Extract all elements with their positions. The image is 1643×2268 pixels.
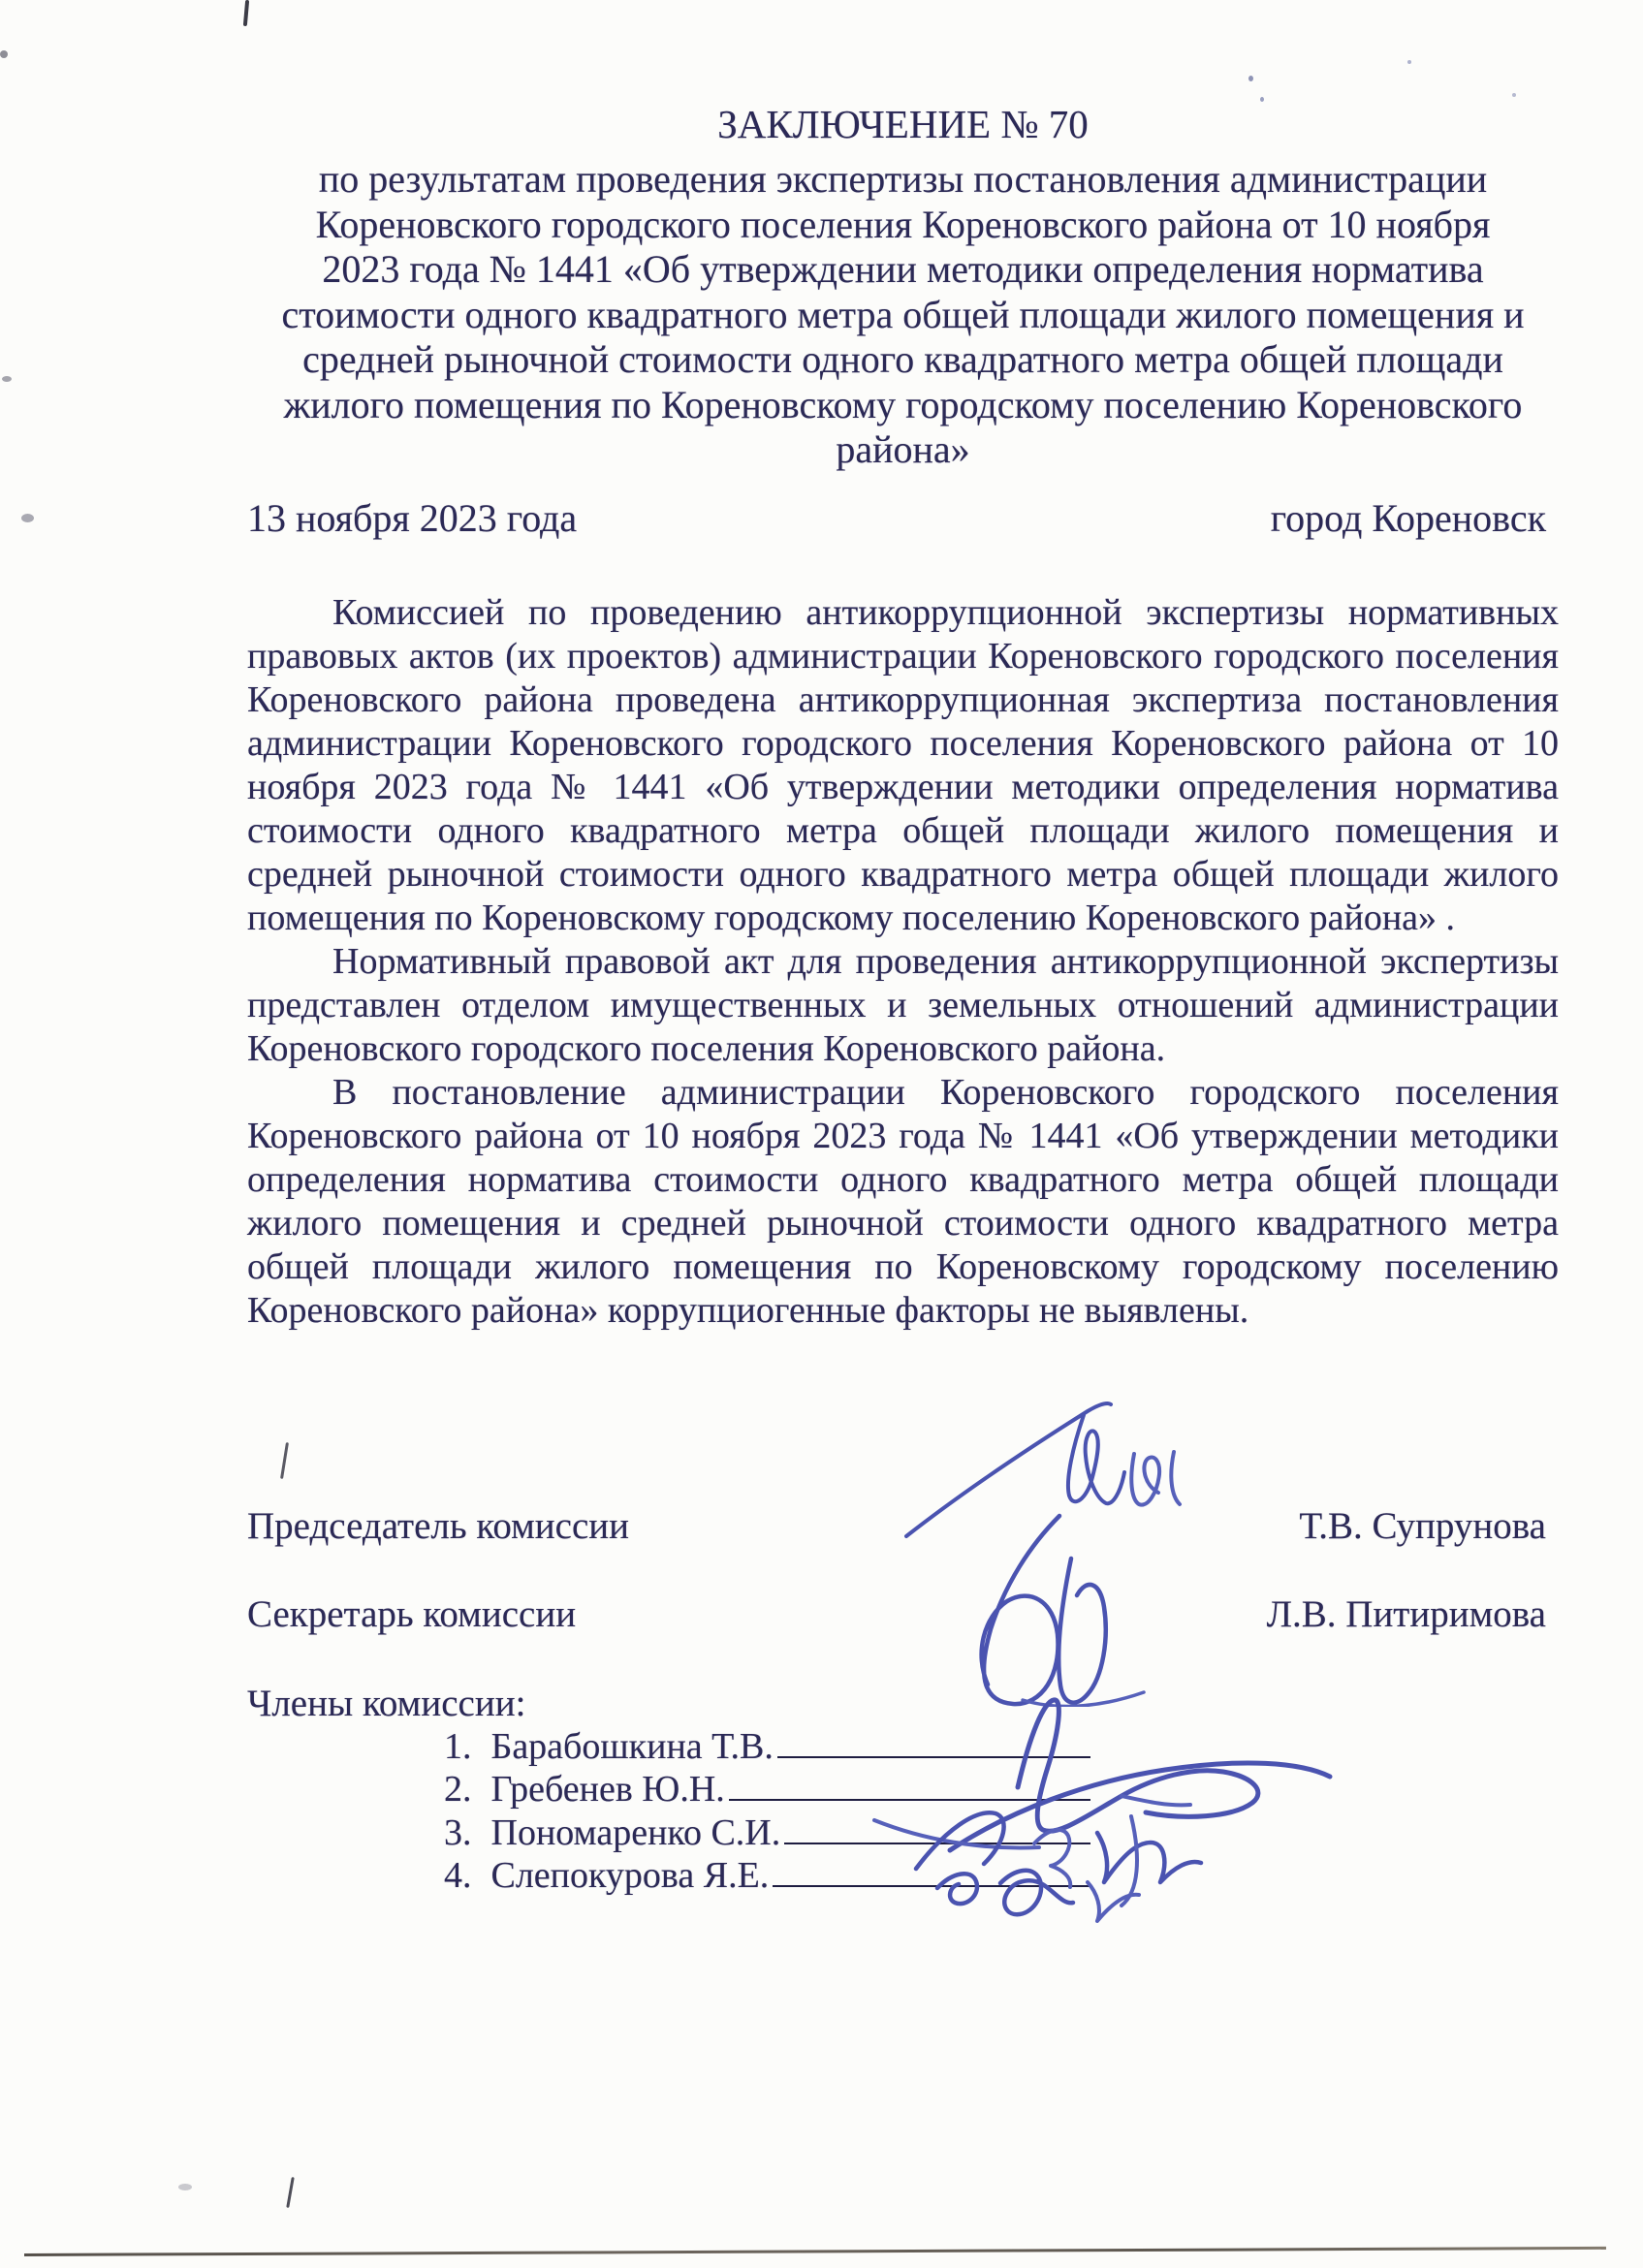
- ink-speck: [1407, 60, 1411, 64]
- body-paragraph: Нормативный правовой акт для проведения …: [247, 940, 1559, 1071]
- date-line: 13 ноября 2023 года город Кореновск: [247, 496, 1546, 541]
- chair-role-label: Председатель комиссии: [247, 1504, 629, 1549]
- member-name: Слепокурова Я.Е.: [491, 1853, 770, 1898]
- signature-blank-line: [729, 1764, 1090, 1801]
- member-number: 2.: [444, 1767, 472, 1811]
- member-number: 3.: [444, 1811, 472, 1855]
- scanned-page-edge: [24, 2247, 1606, 2256]
- document-date: 13 ноября 2023 года: [247, 496, 577, 541]
- member-name: Барабошкина Т.В.: [491, 1724, 774, 1769]
- body-paragraph: В постановление администрации Кореновско…: [247, 1071, 1559, 1333]
- title-subtitle-line: стоимости одного квадратного метра общей…: [247, 293, 1559, 338]
- document-page: ЗАКЛЮЧЕНИЕ № 70 по результатам проведени…: [0, 0, 1643, 2268]
- title-subtitle-line: средней рыночной стоимости одного квадра…: [247, 337, 1559, 383]
- chair-signature-ink: [901, 1386, 1192, 1585]
- secretary-name: Л.В. Питиримова: [1267, 1592, 1546, 1637]
- edge-speck: [2, 376, 12, 382]
- pen-mark-middle: [280, 1442, 289, 1479]
- document-place: город Кореновск: [1271, 496, 1546, 541]
- title-subtitle-line: жилого помещения по Кореновскому городск…: [247, 383, 1559, 428]
- smudge-speck: [178, 2184, 192, 2190]
- pen-mark-top: [243, 0, 249, 26]
- ink-speck: [1248, 76, 1253, 81]
- title-subtitle-line: района»: [247, 427, 1559, 473]
- signature-row-chair: Председатель комиссии Т.В. Супрунова: [247, 1504, 1546, 1549]
- document-body: Комиссией по проведению антикоррупционно…: [247, 591, 1559, 1333]
- signature-row-secretary: Секретарь комиссии Л.В. Питиримова: [247, 1592, 1546, 1637]
- edge-speck: [0, 50, 8, 58]
- ink-speck: [1260, 97, 1264, 102]
- ink-speck: [1512, 93, 1516, 97]
- title-subtitle-line: Кореновского городского поселения Корено…: [247, 203, 1559, 248]
- member-row: 1. Барабошкина Т.В.: [444, 1721, 1090, 1769]
- chair-name: Т.В. Супрунова: [1299, 1504, 1546, 1549]
- document-header: ЗАКЛЮЧЕНИЕ № 70 по результатам проведени…: [247, 101, 1559, 473]
- member-row: 3. Пономаренко С.И.: [444, 1808, 1090, 1855]
- member-name: Гребенев Ю.Н.: [491, 1767, 725, 1811]
- body-paragraph: Комиссией по проведению антикоррупционно…: [247, 591, 1559, 940]
- pen-mark-bottom: [286, 2177, 295, 2208]
- signature-blank-line: [777, 1721, 1090, 1758]
- signature-blank-line: [773, 1850, 1090, 1887]
- members-heading: Члены комиссии:: [247, 1682, 525, 1726]
- title-subtitle-line: 2023 года № 1441 «Об утверждении методик…: [247, 247, 1559, 293]
- member-name: Пономаренко С.И.: [491, 1811, 781, 1855]
- member-row: 2. Гребенев Ю.Н.: [444, 1764, 1090, 1811]
- title-subtitle-line: по результатам проведения экспертизы пос…: [247, 157, 1559, 203]
- document-title: ЗАКЛЮЧЕНИЕ № 70: [247, 101, 1559, 147]
- signature-blank-line: [784, 1808, 1090, 1844]
- member-number: 4.: [444, 1853, 472, 1898]
- member-number: 1.: [444, 1724, 472, 1769]
- edge-speck: [21, 514, 34, 522]
- member-row: 4. Слепокурова Я.Е.: [444, 1850, 1090, 1898]
- secretary-role-label: Секретарь комиссии: [247, 1592, 576, 1637]
